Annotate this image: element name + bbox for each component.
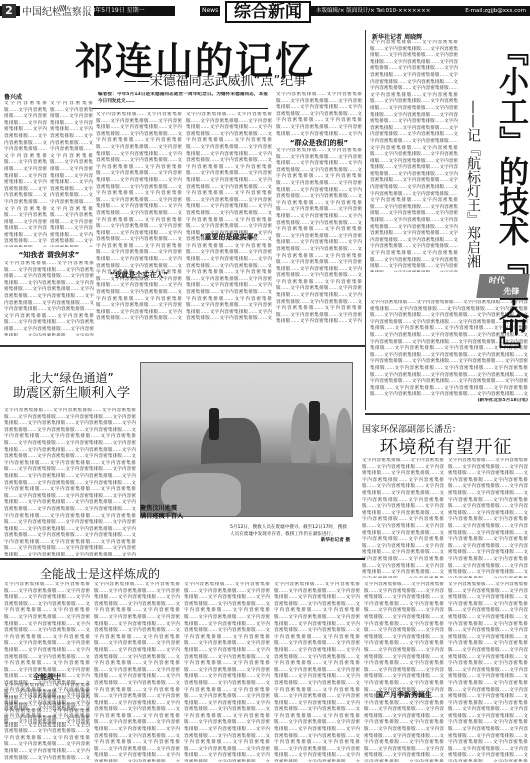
decorative-slashes: //// bbox=[58, 4, 65, 13]
section-divider bbox=[365, 413, 530, 415]
left-headline-line2: 助震区新生顺利入学 bbox=[4, 386, 139, 402]
side-dateline: (新华社北京5月18日电) bbox=[460, 398, 528, 406]
article-body-col5b: 文字内容密集排版……文字内容密集排版……文字内容密集排版……文字内容密集排版……… bbox=[276, 148, 362, 324]
side-article-body-b: 文字内容密集排版……文字内容密集排版……文字内容密集排版……文字内容密集排版……… bbox=[370, 300, 528, 398]
page-number: 2 bbox=[2, 4, 16, 18]
column-divider bbox=[365, 30, 366, 410]
article-body-col3: 文字内容密集排版……文字内容密集排版……文字内容密集排版……文字内容密集排版……… bbox=[96, 112, 182, 322]
photo-caption: 5月12日，搜救人员在废墟中搜寻。截至12日17时，搜救人员在废墟中发现幸存者，… bbox=[230, 525, 350, 545]
left-headline-line1: 北大“绿色通道” bbox=[4, 370, 139, 386]
article-body-col4: 文字内容密集排版……文字内容密集排版……文字内容密集排版……文字内容密集排版……… bbox=[186, 112, 272, 322]
section-heading: “知我者 谓我何求” bbox=[4, 250, 94, 260]
column-badge: 时代 先锋 bbox=[476, 274, 529, 298]
left-article-body: 文字内容密集排版……文字内容密集排版……文字内容密集排版……文字内容密集排版……… bbox=[4, 408, 136, 556]
article-body-col2: 文字内容密集排版……文字内容密集排版……文字内容密集排版……文字内容密集排版……… bbox=[50, 101, 93, 247]
env-subheading: 国产月季新秀诞生 bbox=[364, 690, 444, 700]
issue-date: 2008年5月19日 星期一 bbox=[80, 6, 145, 16]
bottom-subheading: 全能战士 bbox=[4, 672, 90, 682]
section-divider bbox=[0, 345, 365, 347]
side-subheadline-vertical: ——记『航标灯王』郑启湘 bbox=[462, 100, 482, 268]
article-body-col1b: 文字内容密集排版……文字内容密集排版……文字内容密集排版……文字内容密集排版……… bbox=[4, 261, 94, 336]
section-heading: “重要的是做实事” bbox=[186, 232, 272, 242]
photo-label-line2: 满目疮痍千百人 bbox=[140, 513, 183, 521]
editor-info: 本版编辑/× 版面设计/× Tel:010-××××××× bbox=[316, 6, 430, 16]
photo-label-line1: 聚焦汶川地震 bbox=[140, 505, 183, 513]
bottom-body-col2: 文字内容密集排版……文字内容密集排版……文字内容密集排版……文字内容密集排版……… bbox=[94, 582, 180, 762]
article-body-col1: 文字内容密集排版……文字内容密集排版……文字内容密集排版……文字内容密集排版……… bbox=[4, 101, 47, 247]
env-body-col3: 文字内容密集排版……文字内容密集排版……文字内容密集排版……文字内容密集排版……… bbox=[364, 582, 444, 762]
photo-credit: 新华社记者 摄 bbox=[321, 538, 350, 545]
bottom-body-col4: 文字内容密集排版……文字内容密集排版……文字内容密集排版……文字内容密集排版……… bbox=[274, 582, 360, 762]
main-byline: 鲁兴成 bbox=[4, 92, 22, 101]
left-headline: 北大“绿色通道” 助震区新生顺利入学 bbox=[4, 370, 139, 402]
contact-email: E-mail:zgjjb@xxx.com bbox=[465, 6, 526, 16]
divider bbox=[92, 108, 268, 109]
photo-caption-text: 5月12日，搜救人员在废墟中搜寻。截至12日17时，搜救人员在废墟中发现幸存者，… bbox=[230, 525, 347, 537]
bottom-body-col3: 文字内容密集排版……文字内容密集排版……文字内容密集排版……文字内容密集排版……… bbox=[184, 582, 270, 762]
earthquake-photo bbox=[140, 362, 353, 517]
section-heading: “群众是我们的根” bbox=[276, 138, 362, 148]
article-body-col5a: 文字内容密集排版……文字内容密集排版……文字内容密集排版……文字内容密集排版……… bbox=[276, 92, 362, 136]
masthead: 2 中国纪检监察报 //// 2008年5月19日 星期一 News 综合新闻 … bbox=[0, 0, 530, 26]
env-article-body-2: 文字内容密集排版……文字内容密集排版……文字内容密集排版……文字内容密集排版……… bbox=[448, 458, 528, 578]
side-article-body: 文字内容密集排版……文字内容密集排版……文字内容密集排版……文字内容密集排版……… bbox=[370, 40, 458, 272]
section-divider bbox=[0, 558, 365, 560]
badge-text-2: 先锋 bbox=[502, 286, 520, 297]
bottom-headline: 全能战士是这样炼成的 bbox=[0, 565, 200, 582]
badge-text-1: 时代 bbox=[488, 275, 506, 286]
bottom-body-col1b: 文字内容密集排版……文字内容密集排版……文字内容密集排版……文字内容密集排版……… bbox=[4, 683, 90, 761]
photo-label: 聚焦汶川地震 满目疮痍千百人 bbox=[140, 505, 183, 521]
env-article-body-1: 文字内容密集排版……文字内容密集排版……文字内容密集排版……文字内容密集排版……… bbox=[362, 458, 444, 578]
section-title: 综合新闻 bbox=[225, 1, 311, 23]
editors-note: 编者按：今年5月13日是宋德福同志逝世一周年纪念日。为缅怀宋德福同志，本报今日刊… bbox=[98, 92, 268, 106]
section-en-label: News bbox=[200, 6, 220, 16]
main-subheadline: ——宋德福同志武威抓“点”纪事 bbox=[105, 70, 325, 89]
env-body-col4: 文字内容密集排版……文字内容密集排版……文字内容密集排版……文字内容密集排版……… bbox=[448, 582, 528, 762]
section-heading: “我就是个实在人” bbox=[96, 270, 182, 280]
env-headline: 环境税有望开征 bbox=[362, 433, 530, 459]
